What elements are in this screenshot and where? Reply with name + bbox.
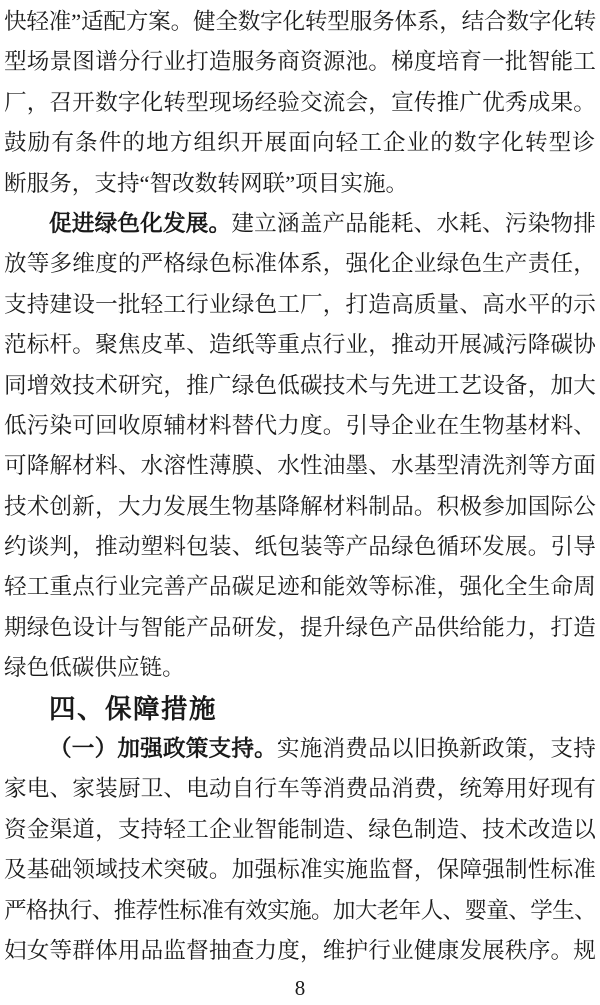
- body-text: 建立涵盖产品能耗、水耗、污染物排: [231, 211, 596, 236]
- text-block: 快轻准”适配方案。健全数字化转型服务体系，结合数字化转型场景图谱分行业打造服务商…: [4, 2, 596, 971]
- text-line: 同增效技术研究，推广绿色低碳技术与先进工艺设备，加大: [4, 366, 596, 406]
- page-footer: 8: [0, 976, 600, 1001]
- body-text: 绿色低碳供应链。: [4, 655, 185, 680]
- text-line: 约谈判，推动塑料包装、纸包装等产品绿色循环发展。引导: [4, 527, 596, 567]
- body-text: 实施消费品以旧换新政策，支持: [277, 736, 596, 761]
- section-heading-line: 四、保障措施: [4, 689, 596, 729]
- text-line: 严格执行、推荐性标准有效实施。加大老年人、婴童、学生、: [4, 891, 596, 931]
- document-page: 快轻准”适配方案。健全数字化转型服务体系，结合数字化转型场景图谱分行业打造服务商…: [0, 0, 600, 1005]
- body-text: 可降解材料、水溶性薄膜、水性油墨、水基型清洗剂等方面: [4, 453, 596, 478]
- text-line: 支持建设一批轻工行业绿色工厂，打造高质量、高水平的示: [4, 285, 596, 325]
- emphasis-text: 促进绿色化发展。: [49, 211, 231, 236]
- body-text: 轻工重点行业完善产品碳足迹和能效等标准，强化全生命周: [4, 574, 596, 599]
- text-line: 资金渠道，支持轻工企业智能制造、绿色制造、技术改造以: [4, 810, 596, 850]
- body-text: 资金渠道，支持轻工企业智能制造、绿色制造、技术改造以: [4, 817, 596, 842]
- body-text: 低污染可回收原辅材料替代力度。引导企业在生物基材料、: [4, 413, 596, 438]
- text-line: 促进绿色化发展。建立涵盖产品能耗、水耗、污染物排: [4, 204, 596, 244]
- body-text: 放等多维度的严格绿色标准体系，强化企业绿色生产责任，: [4, 251, 596, 276]
- page-number: 8: [295, 976, 306, 1000]
- text-line: 型场景图谱分行业打造服务商资源池。梯度培育一批智能工: [4, 42, 596, 82]
- body-text: 厂，召开数字化转型现场经验交流会，宣传推广优秀成果。: [4, 90, 596, 115]
- body-text: 期绿色设计与智能产品研发，提升绿色产品供给能力，打造: [4, 615, 596, 640]
- text-line: 鼓励有条件的地方组织开展面向轻工企业的数字化转型诊: [4, 123, 596, 163]
- text-line: 家电、家装厨卫、电动自行车等消费品消费，统筹用好现有: [4, 769, 596, 809]
- body-text: 严格执行、推荐性标准有效实施。加大老年人、婴童、学生、: [4, 898, 596, 923]
- body-text: 支持建设一批轻工行业绿色工厂，打造高质量、高水平的示: [4, 292, 596, 317]
- text-line: 范标杆。聚焦皮革、造纸等重点行业，推动开展减污降碳协: [4, 325, 596, 365]
- body-text: 断服务，支持“智改数转网联”项目实施。: [4, 171, 408, 196]
- text-line: 及基础领域技术突破。加强标准实施监督，保障强制性标准: [4, 850, 596, 890]
- body-text: 快轻准”适配方案。健全数字化转型服务体系，结合数字化转: [4, 9, 596, 34]
- body-text: 及基础领域技术突破。加强标准实施监督，保障强制性标准: [4, 857, 596, 882]
- body-text: 鼓励有条件的地方组织开展面向轻工企业的数字化转型诊: [4, 130, 596, 155]
- text-line: 妇女等群体用品监督抽查力度，维护行业健康发展秩序。规: [4, 931, 596, 971]
- body-text: 约谈判，推动塑料包装、纸包装等产品绿色循环发展。引导: [4, 534, 596, 559]
- body-text: 妇女等群体用品监督抽查力度，维护行业健康发展秩序。规: [4, 938, 596, 963]
- text-line: （一）加强政策支持。实施消费品以旧换新政策，支持: [4, 729, 596, 769]
- text-line: 快轻准”适配方案。健全数字化转型服务体系，结合数字化转: [4, 2, 596, 42]
- text-line: 绿色低碳供应链。: [4, 648, 596, 688]
- text-line: 轻工重点行业完善产品碳足迹和能效等标准，强化全生命周: [4, 567, 596, 607]
- body-text: 型场景图谱分行业打造服务商资源池。梯度培育一批智能工: [4, 49, 596, 74]
- text-line: 期绿色设计与智能产品研发，提升绿色产品供给能力，打造: [4, 608, 596, 648]
- emphasis-text: 四、保障措施: [49, 694, 217, 724]
- text-line: 低污染可回收原辅材料替代力度。引导企业在生物基材料、: [4, 406, 596, 446]
- text-line: 厂，召开数字化转型现场经验交流会，宣传推广优秀成果。: [4, 83, 596, 123]
- body-text: 同增效技术研究，推广绿色低碳技术与先进工艺设备，加大: [4, 373, 596, 398]
- text-line: 技术创新，大力发展生物基降解材料制品。积极参加国际公: [4, 487, 596, 527]
- text-line: 断服务，支持“智改数转网联”项目实施。: [4, 164, 596, 204]
- emphasis-text: （一）加强政策支持。: [49, 736, 277, 761]
- body-text: 范标杆。聚焦皮革、造纸等重点行业，推动开展减污降碳协: [4, 332, 596, 357]
- text-line: 放等多维度的严格绿色标准体系，强化企业绿色生产责任，: [4, 244, 596, 284]
- text-line: 可降解材料、水溶性薄膜、水性油墨、水基型清洗剂等方面: [4, 446, 596, 486]
- body-text: 技术创新，大力发展生物基降解材料制品。积极参加国际公: [4, 494, 596, 519]
- body-text: 家电、家装厨卫、电动自行车等消费品消费，统筹用好现有: [4, 776, 596, 801]
